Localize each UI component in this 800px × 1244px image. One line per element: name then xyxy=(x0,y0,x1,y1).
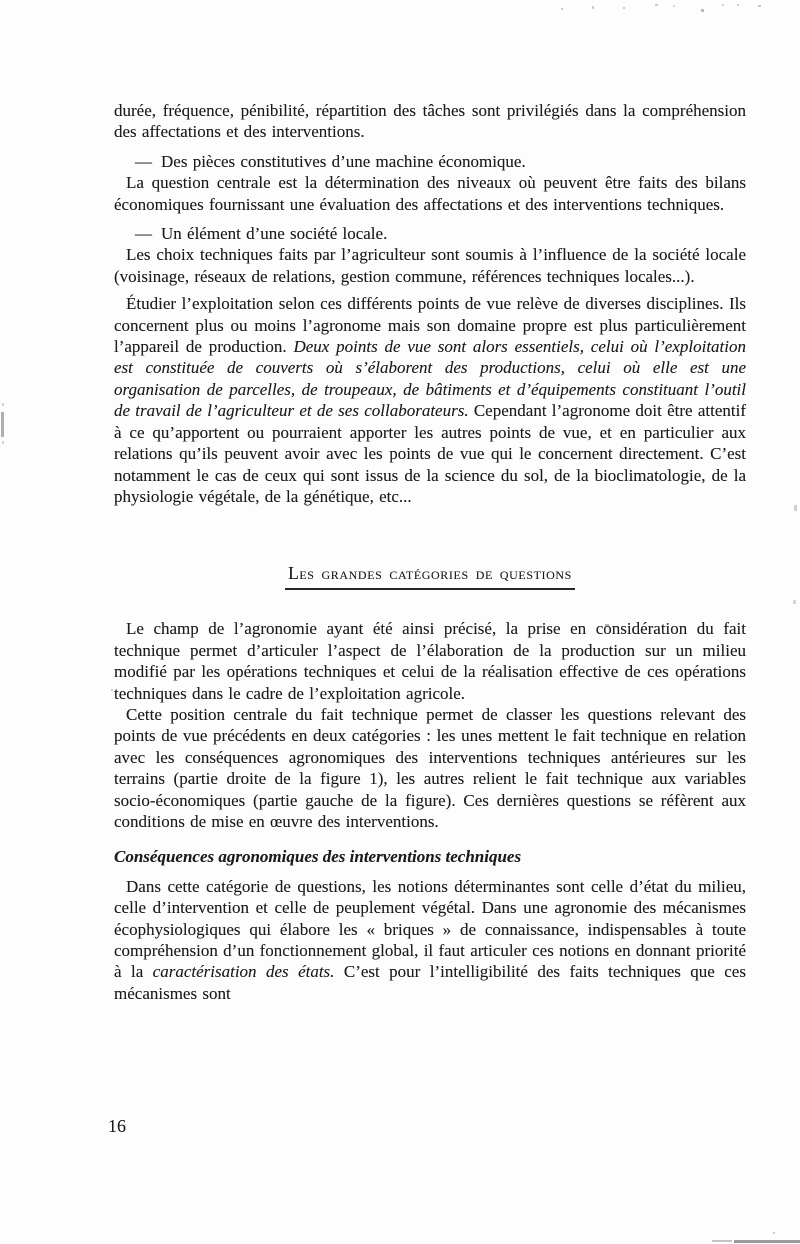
text-column: durée, fréquence, pénibilité, répartitio… xyxy=(114,100,746,1004)
paragraph: Dans cette catégorie de questions, les n… xyxy=(114,876,746,1004)
scan-speck xyxy=(111,689,113,691)
dash-item-text: Un élément d’une société locale. xyxy=(161,224,387,243)
scan-speck xyxy=(793,600,796,604)
scan-speck xyxy=(561,8,563,10)
scan-speck xyxy=(758,5,761,7)
paragraph: Étudier l’exploitation selon ces différe… xyxy=(114,293,746,507)
dash-list-item: —Des pièces constitutives d’une machine … xyxy=(114,151,746,172)
scan-speck xyxy=(655,4,658,6)
scan-speck xyxy=(1,412,4,437)
paragraph: Le champ de l’agronomie ayant été ainsi … xyxy=(114,618,746,704)
dash-list-item: —Un élément d’une société locale. xyxy=(114,223,746,244)
paragraph: Cette position centrale du fait techniqu… xyxy=(114,704,746,832)
section-heading: Les grandes catégories de questions xyxy=(114,563,746,590)
page-number: 16 xyxy=(108,1116,126,1137)
paragraph-continuation: durée, fréquence, pénibilité, répartitio… xyxy=(114,100,746,143)
paragraph: Les choix techniques faits par l’agricul… xyxy=(114,244,746,287)
scan-speck xyxy=(2,403,4,406)
scanned-book-page: durée, fréquence, pénibilité, répartitio… xyxy=(0,0,800,1244)
scan-speck xyxy=(722,4,724,6)
subsection-heading: Conséquences agronomiques des interventi… xyxy=(114,846,746,867)
scan-speck xyxy=(737,4,739,6)
dash-bullet: — xyxy=(135,224,152,243)
scan-speck xyxy=(701,9,704,12)
scan-edge-line xyxy=(734,1240,800,1243)
scan-speck xyxy=(592,6,594,9)
section-heading-text: Les grandes catégories de questions xyxy=(285,563,575,590)
italic-run: caractérisation des états. xyxy=(153,962,335,981)
paragraph: La question centrale est la déterminatio… xyxy=(114,172,746,215)
scan-speck xyxy=(773,1232,775,1234)
dash-bullet: — xyxy=(135,152,152,171)
scan-edge-line xyxy=(712,1240,732,1242)
scan-speck xyxy=(794,505,797,511)
dash-item-text: Des pièces constitutives d’une machine é… xyxy=(161,152,526,171)
scan-speck xyxy=(673,5,675,7)
scan-speck xyxy=(2,441,4,444)
scan-speck xyxy=(623,7,625,9)
